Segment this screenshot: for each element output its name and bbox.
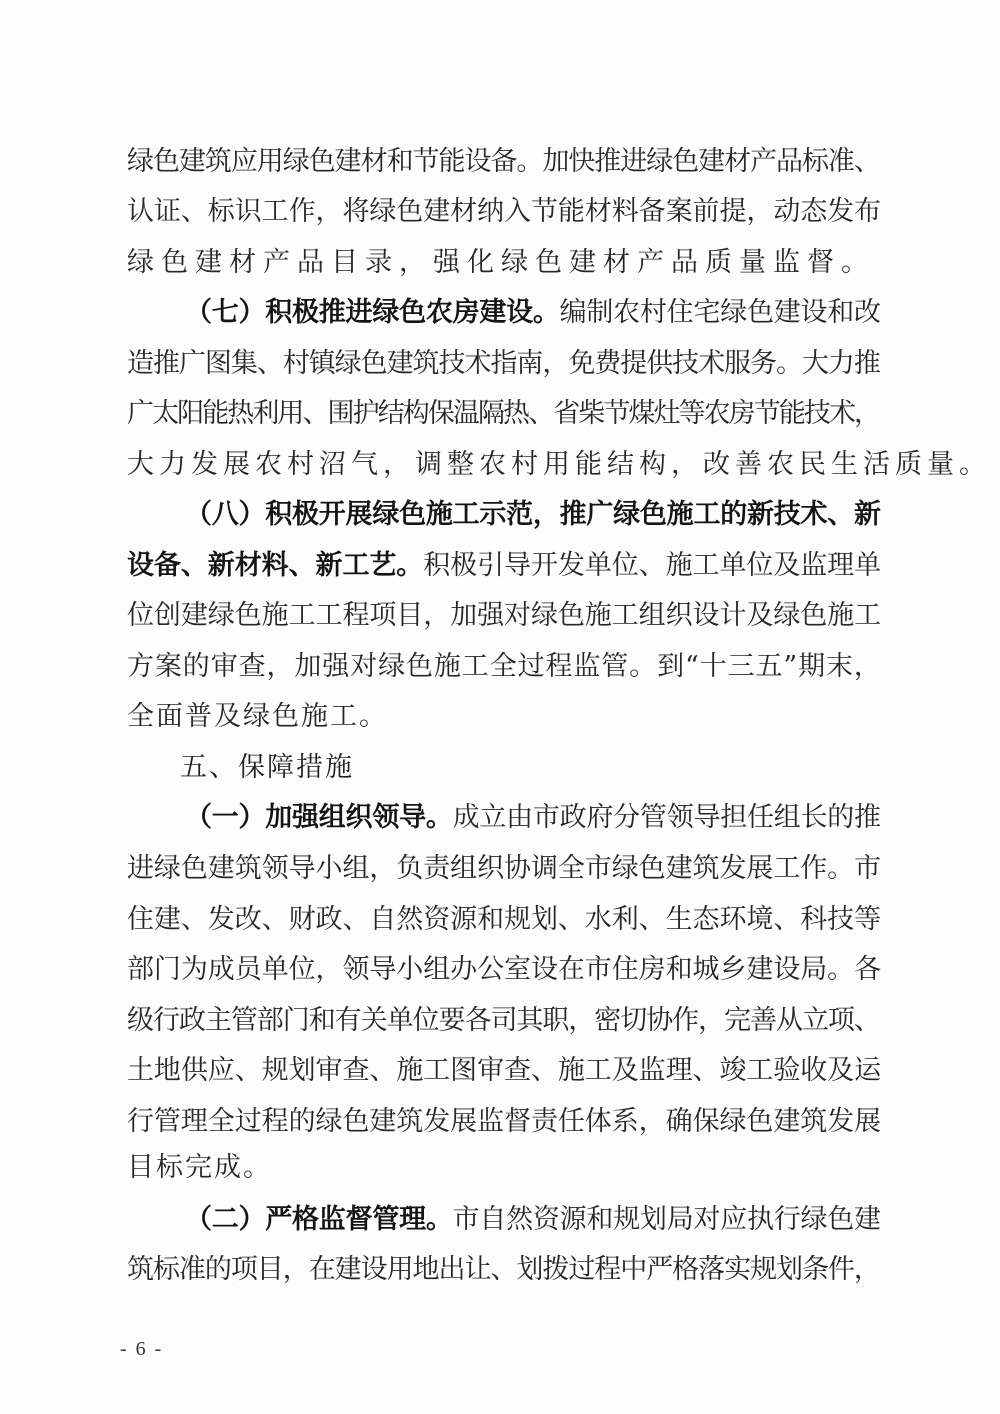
section-2-title: （二）严格监督管理。 bbox=[185, 1204, 453, 1235]
text-line: 筑标准的项目，在建设用地出让、划拨过程中严格落实规划条件， bbox=[127, 1250, 881, 1290]
section-8-title-cont: 设备、新材料、新工艺。 bbox=[127, 550, 423, 581]
heading-text: 五、保障措施 bbox=[180, 752, 354, 783]
line-text: 认证、标识工作，将绿色建材纳入节能材料备案前提，动态发布 bbox=[127, 196, 881, 227]
line-text: 级行政主管部门和有关单位要各司其职，密切协作，完善从立项、 bbox=[127, 1005, 880, 1036]
document-page: 绿色建筑应用绿色建材和节能设备。加快推进绿色建材产品标准、 认证、标识工作，将绿… bbox=[0, 0, 1000, 1414]
section-2-heading-line: （二）严格监督管理。市自然资源和规划局对应执行绿色建 bbox=[185, 1200, 881, 1240]
text-line: 目标完成。 bbox=[127, 1148, 881, 1188]
line-text: 绿色建筑应用绿色建材和节能设备。加快推进绿色建材产品标准、 bbox=[127, 146, 880, 177]
text-line: 造推广图集、村镇绿色建筑技术指南，免费提供技术服务。大力推 bbox=[127, 344, 881, 384]
section-7-title: （七）积极推进绿色农房建设。 bbox=[185, 297, 560, 328]
text-line: 进绿色建筑领导小组，负责组织协调全市绿色建筑发展工作。市 bbox=[127, 849, 881, 889]
text-line: 方案的审查，加强对绿色施工全过程监管。到“十三五”期末， bbox=[127, 647, 881, 687]
line-text: 积极引导开发单位、施工单位及监理单 bbox=[423, 550, 881, 581]
line-text: 进绿色建筑领导小组，负责组织协调全市绿色建筑发展工作。市 bbox=[127, 853, 881, 884]
line-text: 住建、发改、财政、自然资源和规划、水利、生态环境、科技等 bbox=[127, 904, 881, 935]
line-text: 土地供应、规划审查、施工图审查、施工及监理、竣工验收及运 bbox=[127, 1055, 881, 1086]
line-text: 目标完成。 bbox=[127, 1152, 272, 1183]
section-1-heading-line: （一）加强组织领导。成立由市政府分管领导担任组长的推 bbox=[185, 798, 881, 838]
text-line: 土地供应、规划审查、施工图审查、施工及监理、竣工验收及运 bbox=[127, 1051, 881, 1091]
text-line: 全面普及绿色施工。 bbox=[127, 697, 881, 737]
text-line: 绿色建筑应用绿色建材和节能设备。加快推进绿色建材产品标准、 bbox=[127, 142, 881, 182]
line-text: 造推广图集、村镇绿色建筑技术指南，免费提供技术服务。大力推 bbox=[127, 348, 880, 379]
text-line: 绿色建材产品目录，强化绿色建材产品质量监督。 bbox=[127, 243, 881, 283]
text-line: 住建、发改、财政、自然资源和规划、水利、生态环境、科技等 bbox=[127, 900, 881, 940]
line-text: 部门为成员单位，领导小组办公室设在市住房和城乡建设局。各 bbox=[127, 954, 881, 985]
text-line: 广太阳能热利用、围护结构保温隔热、省柴节煤灶等农房节能技术， bbox=[127, 394, 881, 434]
text-line: 大力发展农村沼气，调整农村用能结构，改善农民生活质量。 bbox=[127, 445, 881, 485]
section-8-title: （八）积极开展绿色施工示范，推广绿色施工的新技术、新 bbox=[185, 499, 881, 530]
line-text: 位创建绿色施工工程项目，加强对绿色施工组织设计及绿色施工 bbox=[127, 600, 881, 631]
text-line: 位创建绿色施工工程项目，加强对绿色施工组织设计及绿色施工 bbox=[127, 596, 881, 636]
line-text: 编制农村住宅绿色建设和改 bbox=[560, 297, 881, 328]
line-text: 筑标准的项目，在建设用地出让、划拨过程中严格落实规划条件， bbox=[127, 1254, 880, 1285]
text-line: 级行政主管部门和有关单位要各司其职，密切协作，完善从立项、 bbox=[127, 1001, 881, 1041]
line-text: 市自然资源和规划局对应执行绿色建 bbox=[453, 1204, 881, 1235]
line-text: 全面普及绿色施工。 bbox=[127, 701, 388, 732]
text-line: 部门为成员单位，领导小组办公室设在市住房和城乡建设局。各 bbox=[127, 950, 881, 990]
line-text: 行管理全过程的绿色建筑发展监督责任体系，确保绿色建筑发展 bbox=[127, 1106, 881, 1137]
section-8-heading-line: （八）积极开展绿色施工示范，推广绿色施工的新技术、新 bbox=[185, 495, 881, 535]
text-line: 设备、新材料、新工艺。积极引导开发单位、施工单位及监理单 bbox=[127, 546, 881, 586]
line-text: 成立由市政府分管领导担任组长的推 bbox=[453, 802, 881, 833]
text-line: 认证、标识工作，将绿色建材纳入节能材料备案前提，动态发布 bbox=[127, 192, 881, 232]
line-text: 方案的审查，加强对绿色施工全过程监管。到“十三五”期末， bbox=[127, 651, 882, 682]
line-text: 大力发展农村沼气，调整农村用能结构，改善农民生活质量。 bbox=[127, 449, 991, 480]
text-line: 行管理全过程的绿色建筑发展监督责任体系，确保绿色建筑发展 bbox=[127, 1102, 881, 1142]
line-text: 广太阳能热利用、围护结构保温隔热、省柴节煤灶等农房节能技术， bbox=[127, 398, 879, 429]
chapter-heading: 五、保障措施 bbox=[180, 748, 876, 788]
line-text: 绿色建材产品目录，强化绿色建材产品质量监督。 bbox=[127, 247, 875, 278]
section-7-heading-line: （七）积极推进绿色农房建设。编制农村住宅绿色建设和改 bbox=[185, 293, 881, 333]
page-number: - 6 - bbox=[120, 1338, 163, 1361]
section-1-title: （一）加强组织领导。 bbox=[185, 802, 453, 833]
